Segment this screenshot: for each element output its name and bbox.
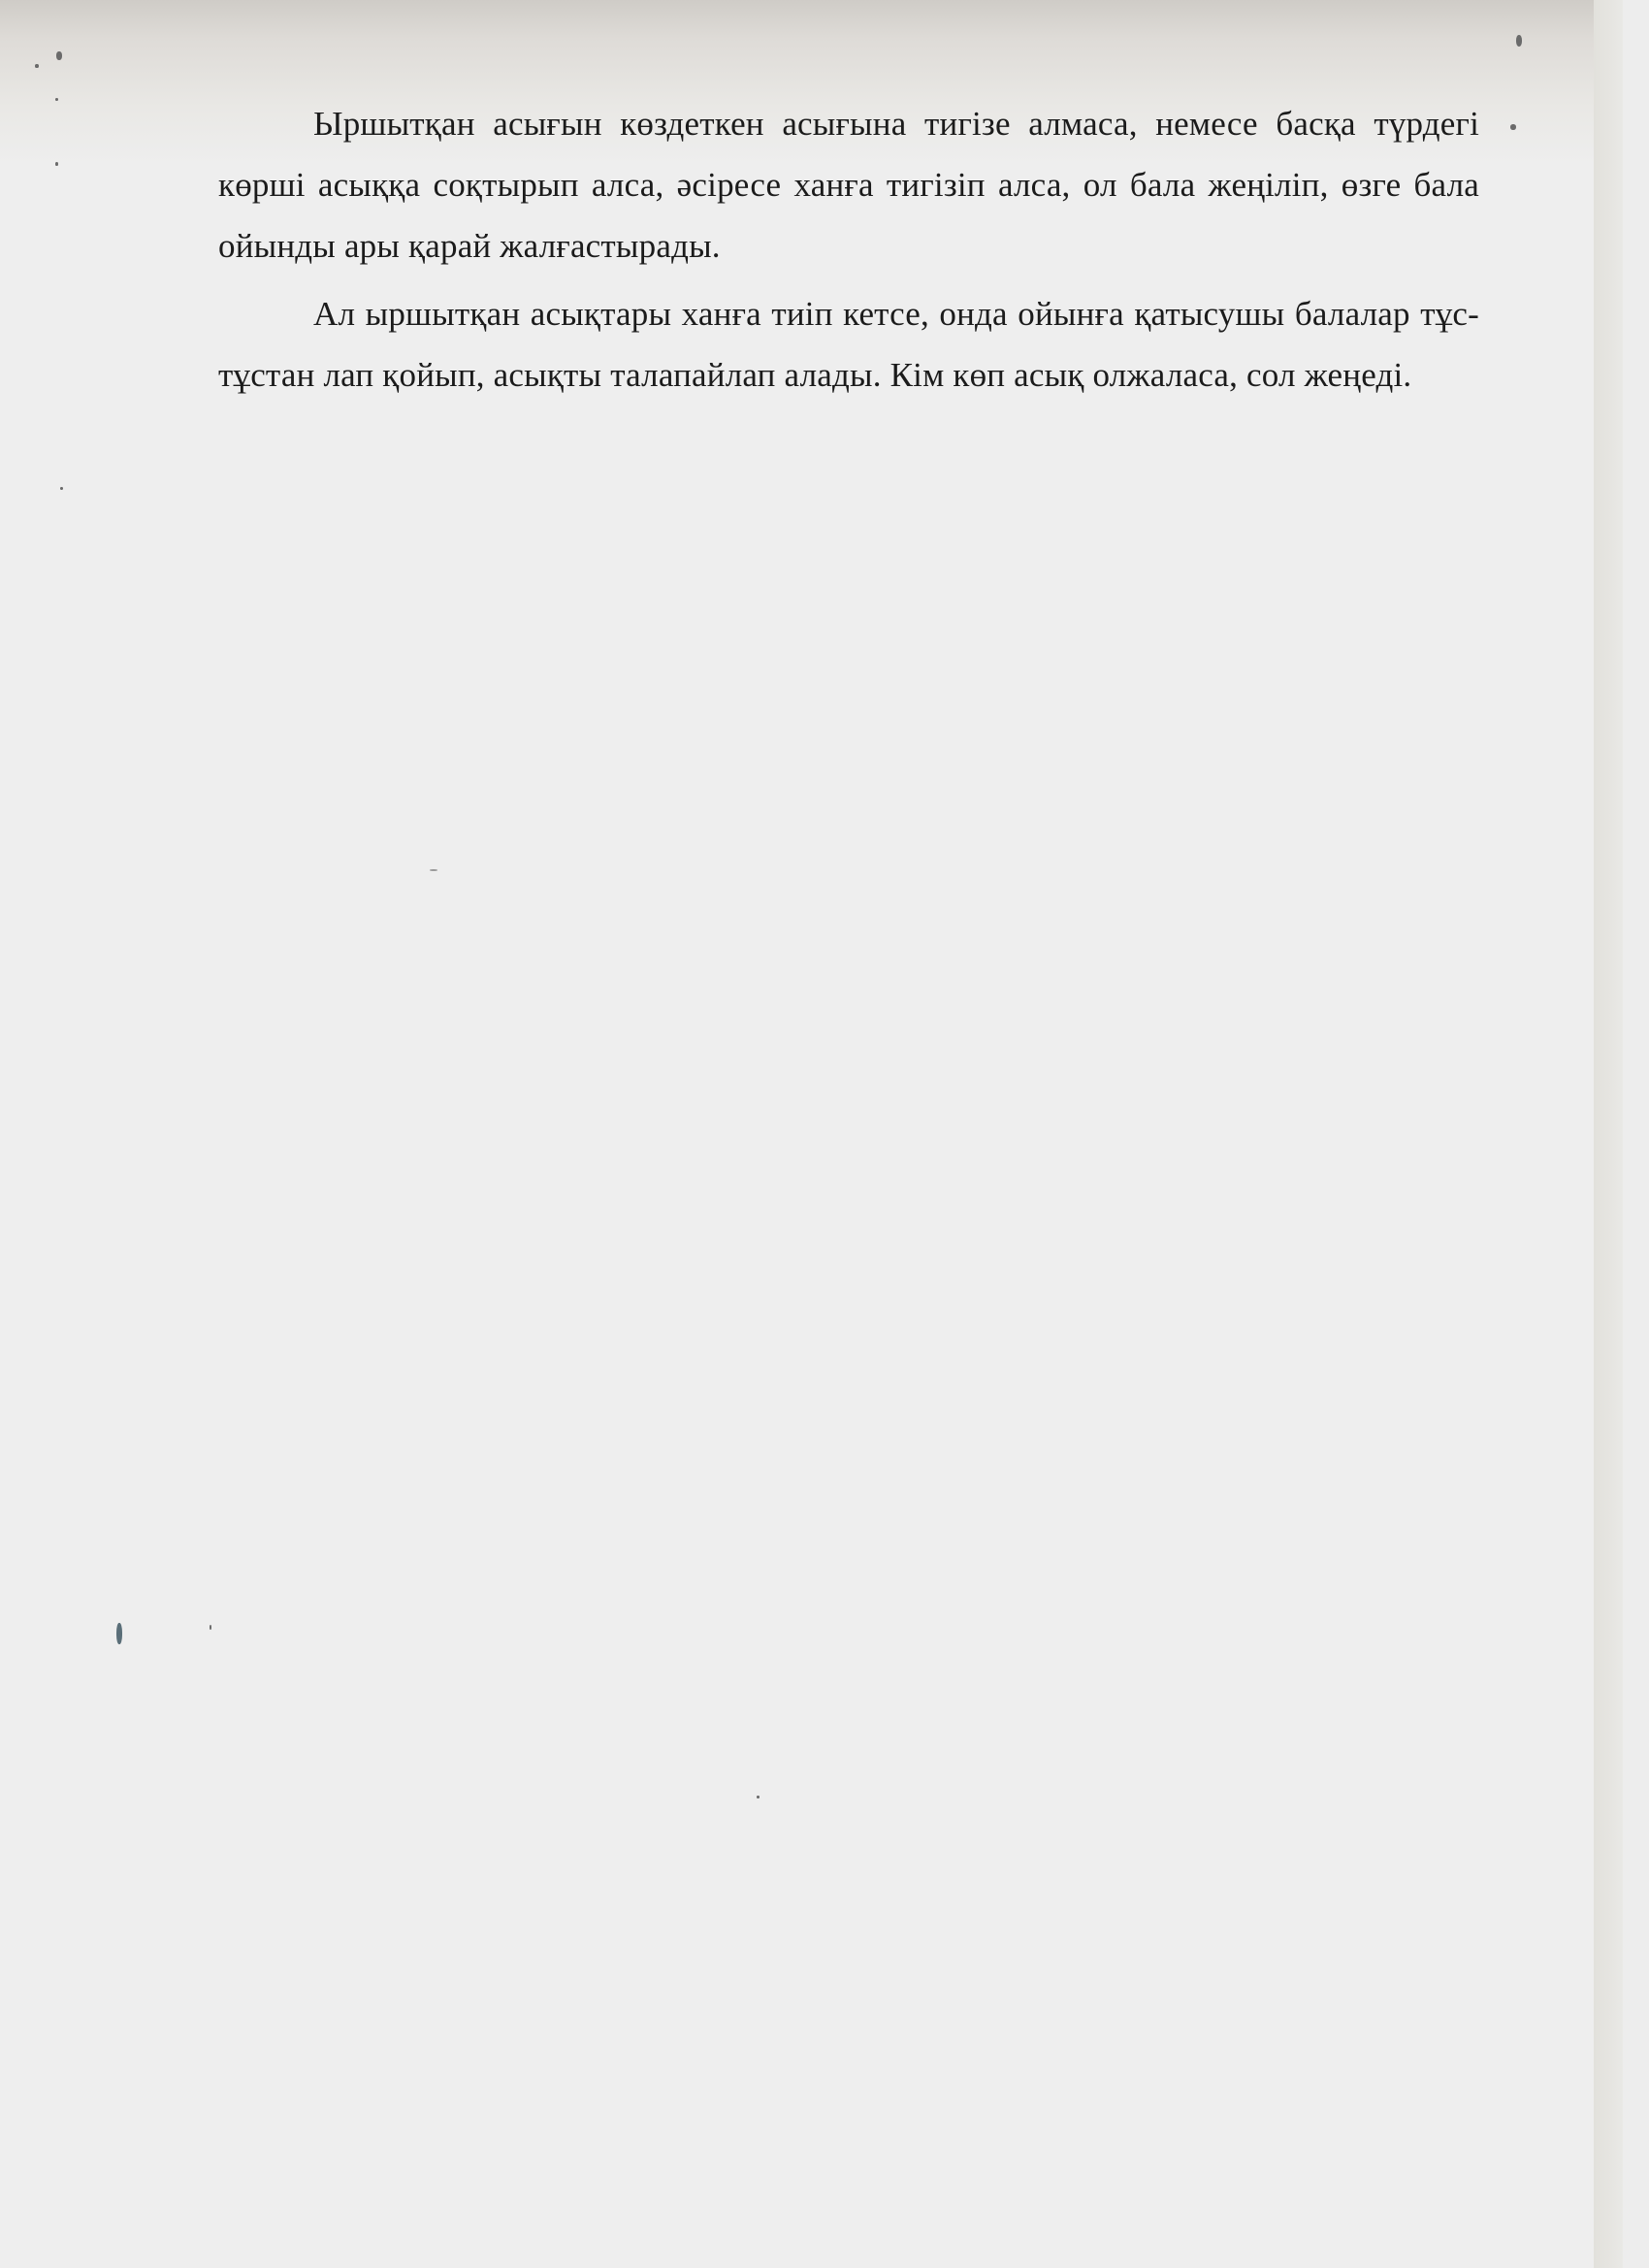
scan-margin xyxy=(1623,0,1649,2268)
scan-speck xyxy=(60,487,63,490)
scan-speck xyxy=(55,98,58,101)
scan-speck xyxy=(430,869,437,871)
paragraph-1: Ыршытқан асығын көздеткен асығына тигізе… xyxy=(218,93,1479,276)
scan-edge-shadow xyxy=(1594,0,1623,2268)
scan-speck xyxy=(116,1623,122,1644)
paragraph-2: Ал ыршытқан асықтары ханға тиіп кетсе, о… xyxy=(218,283,1479,405)
scan-speck xyxy=(210,1625,211,1630)
scan-speck xyxy=(1516,35,1522,47)
scan-speck xyxy=(35,64,39,68)
scan-speck xyxy=(757,1796,760,1798)
scan-speck xyxy=(55,162,58,166)
document-body: Ыршытқан асығын көздеткен асығына тигізе… xyxy=(218,93,1479,405)
scan-speck xyxy=(56,51,62,60)
scanned-page: Ыршытқан асығын көздеткен асығына тигізе… xyxy=(0,0,1649,2268)
scan-speck xyxy=(1510,124,1516,130)
